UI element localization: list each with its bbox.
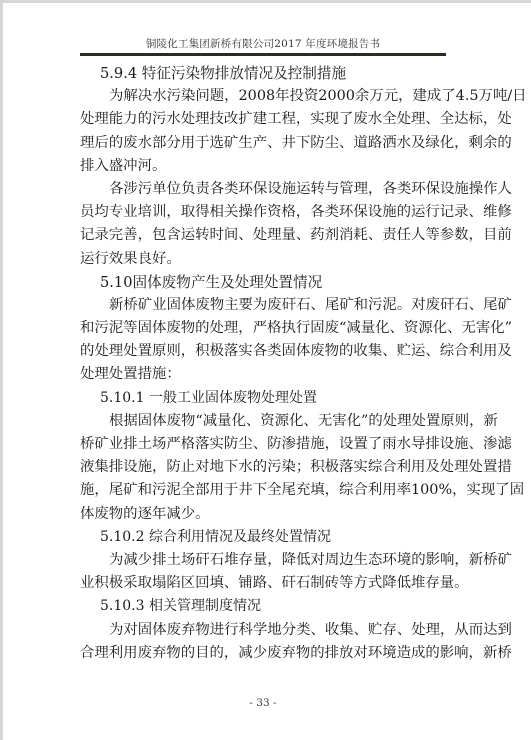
text-line: 施，尾矿和污泥全部用于井下全尾充填，综合利用率100%，实现了固 (80, 479, 446, 502)
paragraph-wastewater: 为解决水污染问题，2008年投资2000余万元，建成了4.5万吨/日 处理能力的… (80, 85, 446, 178)
section-heading-5-10-2: 5.10.2 综合利用情况及最终处置情况 (80, 526, 446, 549)
page-frame-left (0, 0, 3, 740)
text-line: 记录完善，包含运转时间、处理量、药剂消耗、责任人等参数，目前 (80, 224, 446, 247)
text-line: 处理能力的污水处理技改扩建工程，实现了废水全处理、全达标，处 (80, 108, 446, 131)
text-line: 根据固体废物“减量化、资源化、无害化”的处理处置原则，新 (80, 410, 446, 433)
header-rule (80, 53, 446, 56)
text-line: 为解决水污染问题，2008年投资2000余万元，建成了4.5万吨/日 (80, 85, 446, 108)
text-line: 处理处置措施： (80, 363, 446, 386)
text-line: 运行效果良好。 (80, 248, 446, 271)
running-header: 铜陵化工集团新桥有限公司2017 年度环境报告书 (80, 36, 446, 51)
text-line: 液集排设施，防止对地下水的污染；积极落实综合利用及处理处置措 (80, 456, 446, 479)
paragraph-solid-waste: 新桥矿业固体废物主要为废矸石、尾矿和污泥。对废矸石、尾矿 和污泥等固体废物的处理… (80, 294, 446, 387)
text-line: 体废物的逐年减少。 (80, 503, 446, 526)
text-line: 的处理处置原则，积极落实各类固体废物的收集、贮运、综合利用及 (80, 340, 446, 363)
section-heading-5-10-1: 5.10.1 一般工业固体废物处理处置 (80, 387, 446, 410)
text-line: 和污泥等固体废物的处理，严格执行固废“减量化、资源化、无害化” (80, 317, 446, 340)
text-line: 业积极采取塌陷区回填、铺路、矸石制砖等方式降低堆存量。 (80, 572, 446, 595)
section-heading-5-10: 5.10固体废物产生及处理处置情况 (80, 271, 446, 294)
paragraph-facility-management: 各涉污单位负责各类环保设施运转与管理，各类环保设施操作人 员均专业培训，取得相关… (80, 178, 446, 271)
text-line: 排入盛冲河。 (80, 155, 446, 178)
page-number: - 33 - (80, 697, 446, 709)
text-line: 桥矿业排土场严格落实防尘、防渗措施，设置了雨水导排设施、渗滤 (80, 433, 446, 456)
page-frame-top (0, 0, 531, 3)
section-heading-5-9-4: 5.9.4 特征污染物排放情况及控制措施 (80, 62, 446, 85)
text-line: 合理利用废弃物的目的，减少废弃物的排放对环境造成的影响，新桥 (80, 642, 446, 665)
text-line: 员均专业培训，取得相关操作资格，各类环保设施的运行记录、维修 (80, 201, 446, 224)
paragraph-management-system: 为对固体废弃物进行科学地分类、收集、贮存、处理，从而达到 合理利用废弃物的目的，… (80, 619, 446, 665)
text-line: 为对固体废弃物进行科学地分类、收集、贮存、处理，从而达到 (80, 619, 446, 642)
text-line: 新桥矿业固体废物主要为废矸石、尾矿和污泥。对废矸石、尾矿 (80, 294, 446, 317)
text-line: 为减少排土场矸石堆存量，降低对周边生态环境的影响，新桥矿 (80, 549, 446, 572)
section-heading-5-10-3: 5.10.3 相关管理制度情况 (80, 595, 446, 618)
text-line: 各涉污单位负责各类环保设施运转与管理，各类环保设施操作人 (80, 178, 446, 201)
paragraph-general-industrial-waste: 根据固体废物“减量化、资源化、无害化”的处理处置原则，新 桥矿业排土场严格落实防… (80, 410, 446, 526)
paragraph-comprehensive-use: 为减少排土场矸石堆存量，降低对周边生态环境的影响，新桥矿 业积极采取塌陷区回填、… (80, 549, 446, 595)
page-body: 5.9.4 特征污染物排放情况及控制措施 为解决水污染问题，2008年投资200… (80, 62, 446, 665)
text-line: 理后的废水部分用于选矿生产、井下防尘、道路洒水及绿化，剩余的 (80, 132, 446, 155)
